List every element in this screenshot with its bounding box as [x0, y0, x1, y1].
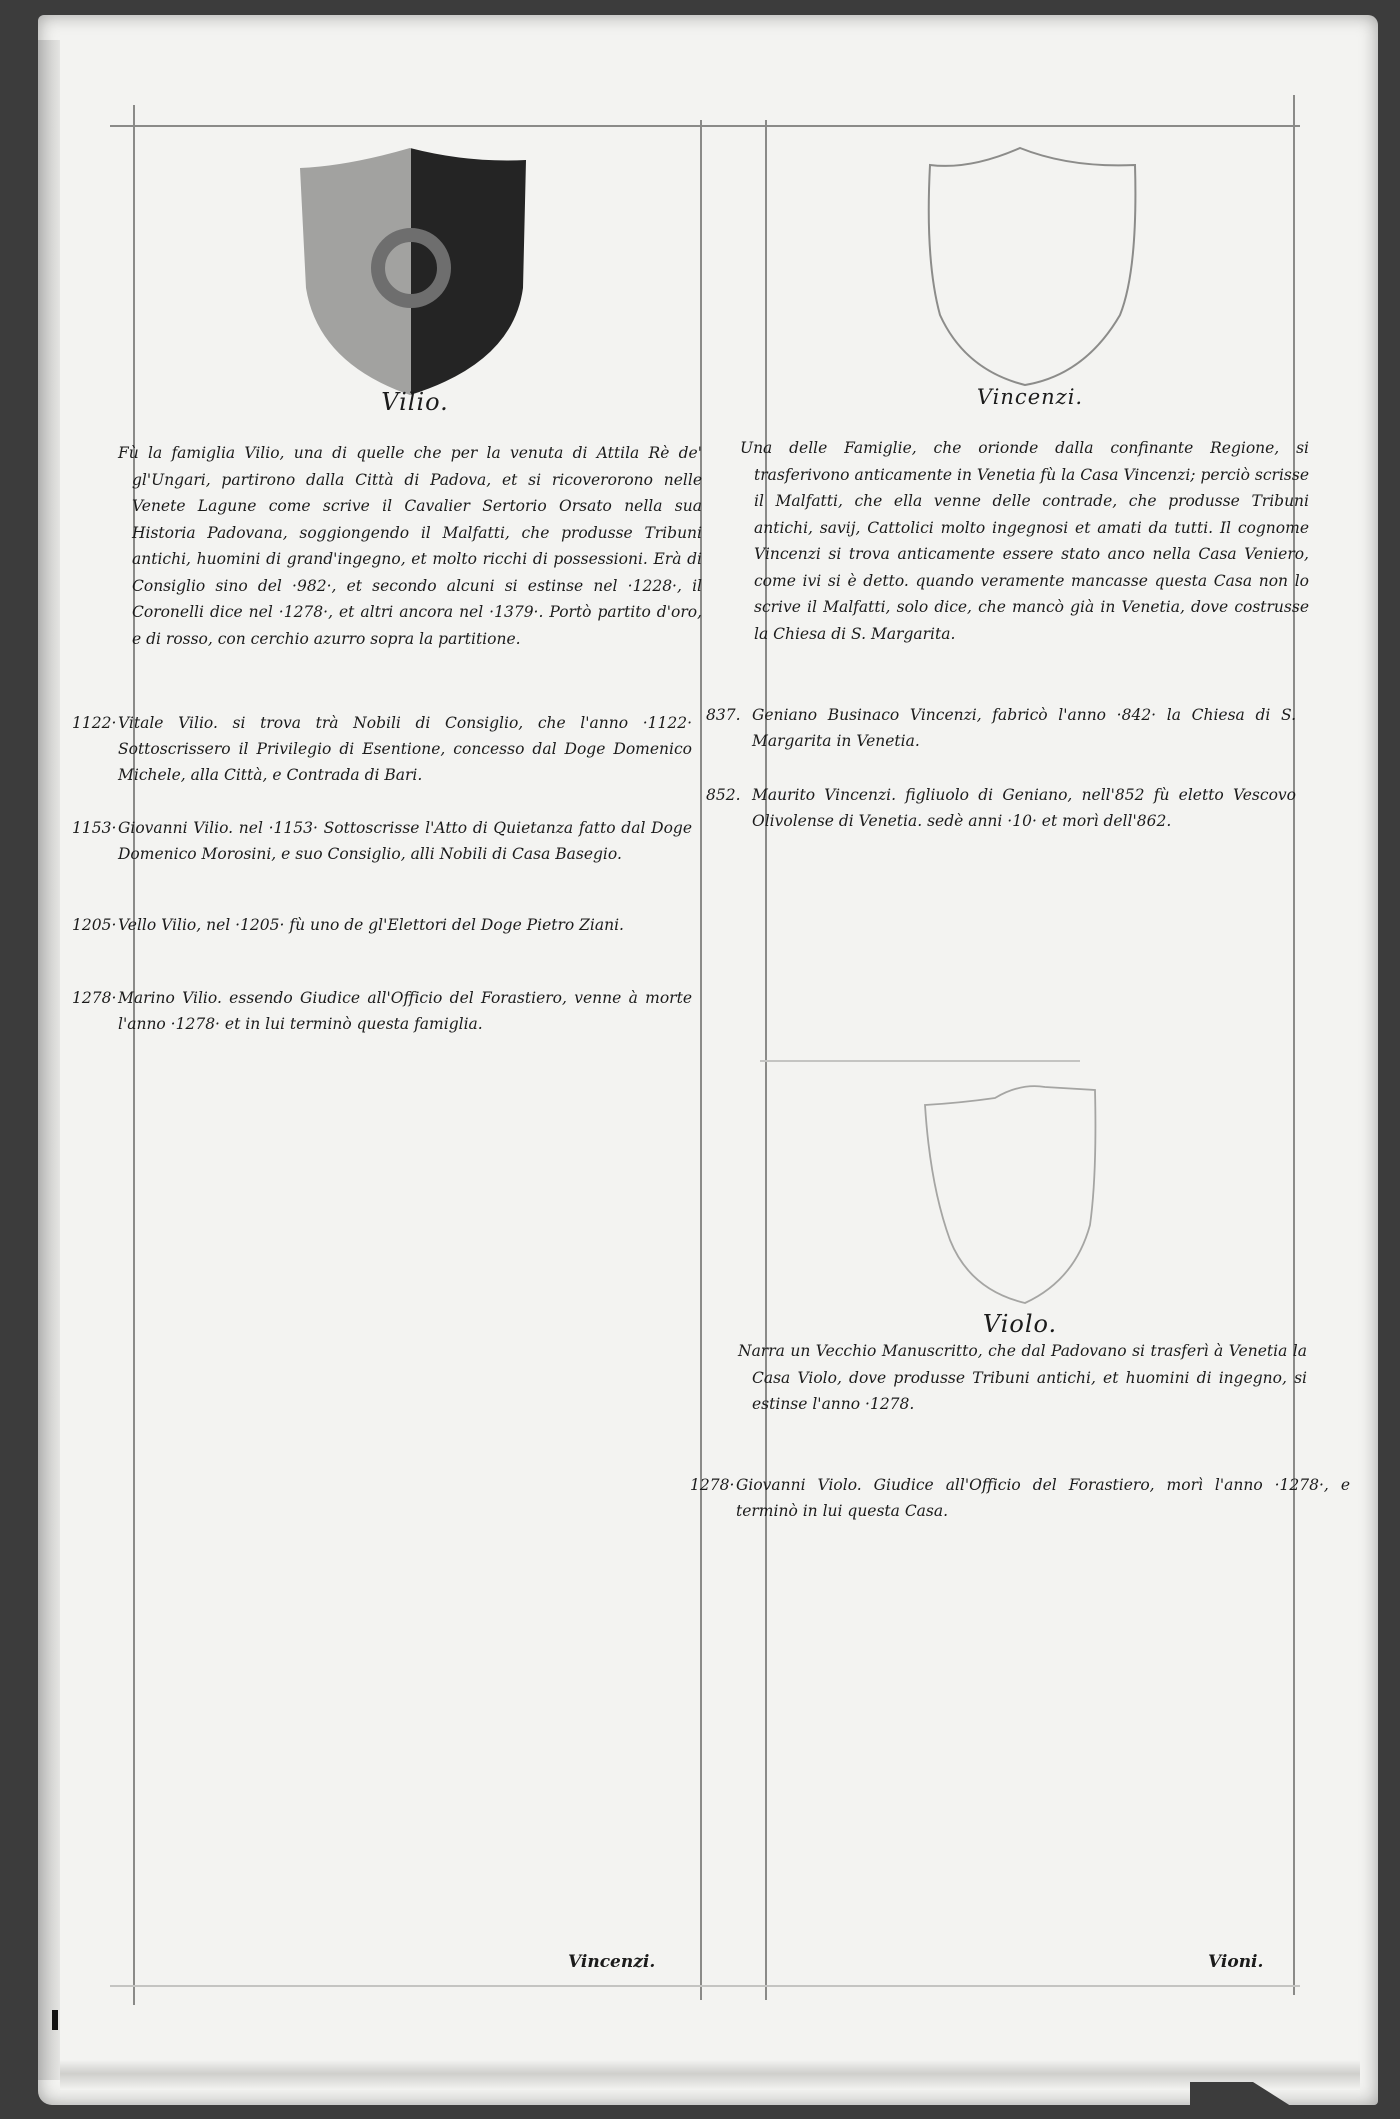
vincenzi-entry: 837. Geniano Businaco Vincenzi, fabricò …	[706, 702, 1296, 754]
family-title-vilio: Vilio.	[300, 388, 530, 416]
vilio-entry: 1205· Vello Vilio, nel ·1205· fù uno de …	[72, 912, 692, 938]
entry-year: 837.	[706, 702, 750, 728]
violo-description: Narra un Vecchio Manuscritto, che dal Pa…	[738, 1338, 1307, 1418]
page-bottom-fold	[60, 2060, 1360, 2090]
page-edge-shadow	[38, 40, 60, 2080]
entry-text: Vello Vilio, nel ·1205· fù uno de gl'Ele…	[118, 912, 692, 938]
top-rule	[110, 125, 1300, 127]
violo-coat-of-arms	[915, 1065, 1135, 1310]
vincenzi-description: Una delle Famiglie, che orionde dalla co…	[740, 435, 1309, 647]
entry-text: Giovanni Violo. Giudice all'Officio del …	[736, 1472, 1350, 1524]
violo-entry: 1278· Giovanni Violo. Giudice all'Offici…	[690, 1472, 1350, 1524]
entry-year: 852.	[706, 782, 750, 808]
vilio-coat-of-arms	[298, 148, 528, 398]
right-margin-rule	[1293, 95, 1295, 1995]
vilio-entry: 1278· Marino Vilio. essendo Giudice all'…	[72, 985, 692, 1037]
violo-section-rule	[760, 1060, 1080, 1062]
entry-text: Giovanni Vilio. nel ·1153· Sottoscrisse …	[118, 815, 692, 867]
entry-text: Geniano Businaco Vincenzi, fabricò l'ann…	[752, 702, 1296, 754]
entry-year: 1153·	[72, 815, 116, 841]
family-title-vincenzi: Vincenzi.	[910, 385, 1150, 409]
ink-mark	[52, 2010, 58, 2030]
vilio-entry: 1153· Giovanni Vilio. nel ·1153· Sottosc…	[72, 815, 692, 867]
vincenzi-entry: 852. Maurito Vincenzi. figliuolo di Geni…	[706, 782, 1296, 834]
left-margin-rule	[133, 105, 135, 2005]
manuscript-page	[38, 15, 1378, 2105]
entry-year: 1205·	[72, 912, 116, 938]
column-divider-left	[700, 120, 702, 2000]
vilio-description: Fù la famiglia Vilio, una di quelle che …	[118, 440, 702, 652]
entry-year: 1278·	[690, 1472, 734, 1498]
entry-text: Vitale Vilio. si trova trà Nobili di Con…	[118, 710, 692, 788]
catchword-right: Vioni.	[1208, 1952, 1263, 1972]
bottom-rule	[110, 1985, 1300, 1987]
vincenzi-coat-of-arms	[910, 140, 1150, 390]
entry-year: 1122·	[72, 710, 116, 736]
entry-text: Marino Vilio. essendo Giudice all'Offici…	[118, 985, 692, 1037]
family-title-violo: Violo.	[920, 1310, 1120, 1338]
catchword-left: Vincenzi.	[568, 1952, 655, 1972]
vilio-entry: 1122· Vitale Vilio. si trova trà Nobili …	[72, 710, 692, 788]
entry-text: Maurito Vincenzi. figliuolo di Geniano, …	[752, 782, 1296, 834]
entry-year: 1278·	[72, 985, 116, 1011]
